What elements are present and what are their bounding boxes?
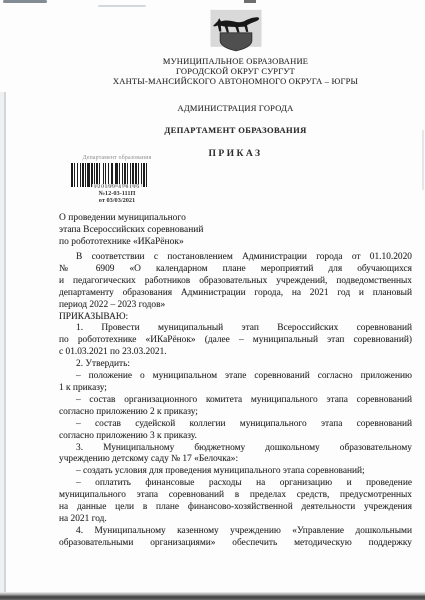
body-line: № 6909 «О календарном плане мероприятий … <box>59 264 412 276</box>
scan-left-edge-line <box>4 92 6 594</box>
scanned-order-page: МУНИЦИПАЛЬНОЕ ОБРАЗОВАНИЕГОРОДСКОЙ ОКРУГ… <box>0 0 425 600</box>
body-line: 4. Муниципальному казенному учреждению «… <box>59 526 412 538</box>
body-line: и педагогических работников образователь… <box>59 276 412 288</box>
body-line: согласно приложению 3 к приказу. <box>59 431 412 443</box>
subject-line: О проведении муниципального <box>59 212 279 224</box>
body-line: 1 к приказу; <box>59 383 412 395</box>
subject-line: по робототехнике «ИКаРёнок» <box>59 236 279 248</box>
body-line: – положение о муниципальном этапе соревн… <box>59 371 412 383</box>
paragraph: 3. Муниципальному бюджетному дошкольному… <box>59 443 412 467</box>
paragraph: 2. Утвердить: <box>59 359 412 371</box>
paragraph: – оплатить финансовые расходы на организ… <box>59 478 412 526</box>
barcode: 120399 476115 <box>71 163 163 189</box>
body-line: с 01.03.2021 по 23.03.2021. <box>59 347 412 359</box>
paragraph: В соответствии с постановлением Админист… <box>59 252 412 312</box>
order-body: В соответствии с постановлением Админист… <box>59 252 412 550</box>
org-header-line: ГОРОДСКОЙ ОКРУГ СУРГУТ <box>59 66 412 76</box>
body-line: образовательными организациями» обеспечи… <box>59 538 412 550</box>
body-line: по робототехнике «ИКаРёнок» (далее – мун… <box>59 335 412 347</box>
paragraph: 4. Муниципальному казенному учреждению «… <box>59 526 412 550</box>
body-line: – создать условия для проведения муницип… <box>59 466 412 478</box>
department-line: ДЕПАРТАМЕНТ ОБРАЗОВАНИЯ <box>59 125 412 135</box>
body-line: департаменту образования Администрации г… <box>59 288 412 300</box>
paragraph: ПРИКАЗЫВАЮ: <box>59 312 412 324</box>
org-header-line: МУНИЦИПАЛЬНОЕ ОБРАЗОВАНИЕ <box>59 56 412 66</box>
stamp-department-label: Департамент образования <box>65 155 169 161</box>
body-line: 2. Утвердить: <box>59 359 412 371</box>
administration-line: АДМИНИСТРАЦИЯ ГОРОДА <box>59 103 412 113</box>
paragraph: – создать условия для проведения муницип… <box>59 466 412 478</box>
subject-line: этапа Всероссийских соревнований <box>59 224 279 236</box>
body-line: муниципального этапа соревнований в пред… <box>59 490 412 502</box>
document-header: МУНИЦИПАЛЬНОЕ ОБРАЗОВАНИЕГОРОДСКОЙ ОКРУГ… <box>59 0 412 159</box>
paragraph: – положение о муниципальном этапе соревн… <box>59 371 412 395</box>
paragraph: 1. Провести муниципальный этап Всероссий… <box>59 323 412 359</box>
body-line: – оплатить финансовые расходы на организ… <box>59 478 412 490</box>
body-line: период 2022 – 2023 годов» <box>59 300 412 312</box>
stamp-doc-date: от 03/03/2021 <box>65 197 169 204</box>
org-header-line: ХАНТЫ-МАНСИЙСКОГО АВТОНОМНОГО ОКРУГА – Ю… <box>59 76 412 86</box>
body-line: В соответствии с постановлением Админист… <box>59 252 412 264</box>
barcode-digits: 120399 476115 <box>71 184 163 190</box>
body-line: 3. Муниципальному бюджетному дошкольному… <box>59 443 412 455</box>
body-line: 1. Провести муниципальный этап Всероссий… <box>59 323 412 335</box>
body-line: на данные цели в плане финансово-хозяйст… <box>59 502 412 514</box>
surgut-coat-of-arms-icon <box>205 9 267 53</box>
body-line: согласно приложению 2 к приказу; <box>59 407 412 419</box>
scan-right-edge-line <box>422 130 424 190</box>
stamp-doc-number: №12-03-111П <box>65 190 169 197</box>
registration-stamp: Департамент образования 120399 476115 №1… <box>65 155 169 204</box>
scan-top-smudge <box>3 0 47 3</box>
org-header: МУНИЦИПАЛЬНОЕ ОБРАЗОВАНИЕГОРОДСКОЙ ОКРУГ… <box>59 56 412 87</box>
scan-bottom-edge <box>0 592 425 600</box>
subject-block: О проведении муниципальногоэтапа Всеросс… <box>59 212 279 249</box>
body-line: учреждению детскому саду № 17 «Белочка»: <box>59 454 412 466</box>
body-line: ПРИКАЗЫВАЮ: <box>59 312 412 324</box>
paragraph: – состав судейской коллегии муниципально… <box>59 419 412 443</box>
paragraph: – состав организационного комитета муниц… <box>59 395 412 419</box>
body-line: на 2021 год. <box>59 514 412 526</box>
barcode-digits-text: 120399 476115 <box>92 184 143 190</box>
body-line: – состав судейской коллегии муниципально… <box>59 419 412 431</box>
body-line: – состав организационного комитета муниц… <box>59 395 412 407</box>
